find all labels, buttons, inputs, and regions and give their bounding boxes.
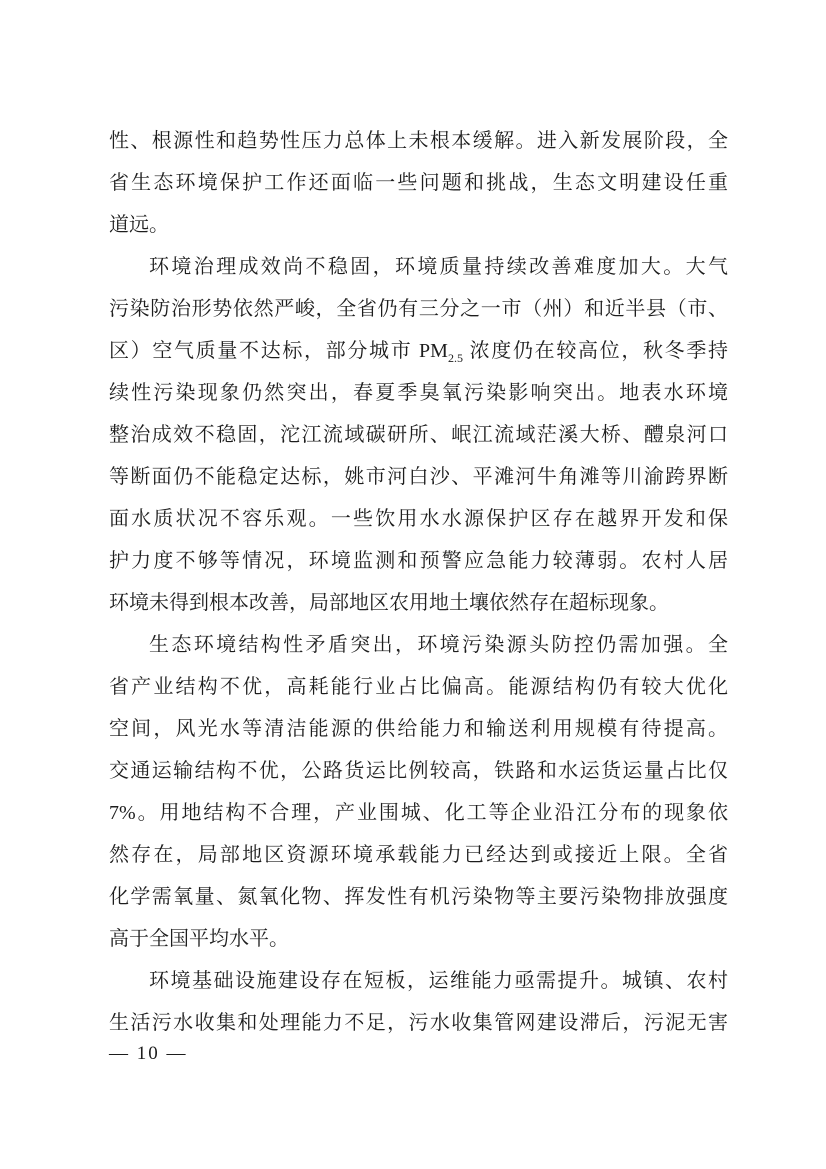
text-line: 整治成效不稳固，沱江流域碳研所、岷江流域茫溪大桥、醴泉河口	[109, 414, 728, 456]
text-line: 化学需氧量、氮氧化物、挥发性有机污染物等主要污染物排放强度	[109, 876, 728, 918]
text-line: 省生态环境保护工作还面临一些问题和挑战，生态文明建设任重	[109, 162, 728, 204]
text-line: 省产业结构不优，高耗能行业占比偏高。能源结构仍有较大优化	[109, 666, 728, 708]
page-number: — 10 —	[109, 1040, 188, 1068]
text-line: 空间，风光水等清洁能源的供给能力和输送利用规模有待提高。	[109, 708, 728, 750]
document-text-block: 性、根源性和趋势性压力总体上未根本缓解。进入新发展阶段，全 省生态环境保护工作还…	[109, 120, 728, 1044]
text-line: 续性污染现象仍然突出，春夏季臭氧污染影响突出。地表水环境	[109, 372, 728, 414]
text-line: 性、根源性和趋势性压力总体上未根本缓解。进入新发展阶段，全	[109, 120, 728, 162]
document-page: 性、根源性和趋势性压力总体上未根本缓解。进入新发展阶段，全 省生态环境保护工作还…	[0, 0, 826, 1169]
text-line: 面水质状况不容乐观。一些饮用水水源保护区存在越界开发和保	[109, 498, 728, 540]
text-segment: 浓度仍在较高位，秋冬季持	[463, 340, 728, 362]
text-line: 高于全国平均水平。	[109, 918, 728, 960]
text-line: 等断面仍不能稳定达标，姚市河白沙、平滩河牛角滩等川渝跨界断	[109, 456, 728, 498]
text-line-paragraph-start: 生态环境结构性矛盾突出，环境污染源头防控仍需加强。全	[109, 624, 728, 666]
text-line-paragraph-start: 环境治理成效尚不稳固，环境质量持续改善难度加大。大气	[109, 246, 728, 288]
text-line: 护力度不够等情况，环境监测和预警应急能力较薄弱。农村人居	[109, 540, 728, 582]
pm25-subscript: 2.5	[448, 351, 463, 365]
text-line: 道远。	[109, 204, 728, 246]
text-line: 污染防治形势依然严峻，全省仍有三分之一市（州）和近半县（市、	[109, 288, 728, 330]
text-line-paragraph-start: 环境基础设施建设存在短板，运维能力亟需提升。城镇、农村	[109, 960, 728, 1002]
text-segment: 区）空气质量不达标，部分城市 PM	[109, 340, 448, 362]
text-line-pm25: 区）空气质量不达标，部分城市 PM2.5 浓度仍在较高位，秋冬季持	[109, 330, 728, 372]
text-line: 生活污水收集和处理能力不足，污水收集管网建设滞后，污泥无害	[109, 1002, 728, 1044]
text-line: 环境未得到根本改善，局部地区农用地土壤依然存在超标现象。	[109, 582, 728, 624]
text-line: 7%。用地结构不合理，产业围城、化工等企业沿江分布的现象依	[109, 792, 728, 834]
text-line: 然存在，局部地区资源环境承载能力已经达到或接近上限。全省	[109, 834, 728, 876]
text-line: 交通运输结构不优，公路货运比例较高，铁路和水运货运量占比仅	[109, 750, 728, 792]
